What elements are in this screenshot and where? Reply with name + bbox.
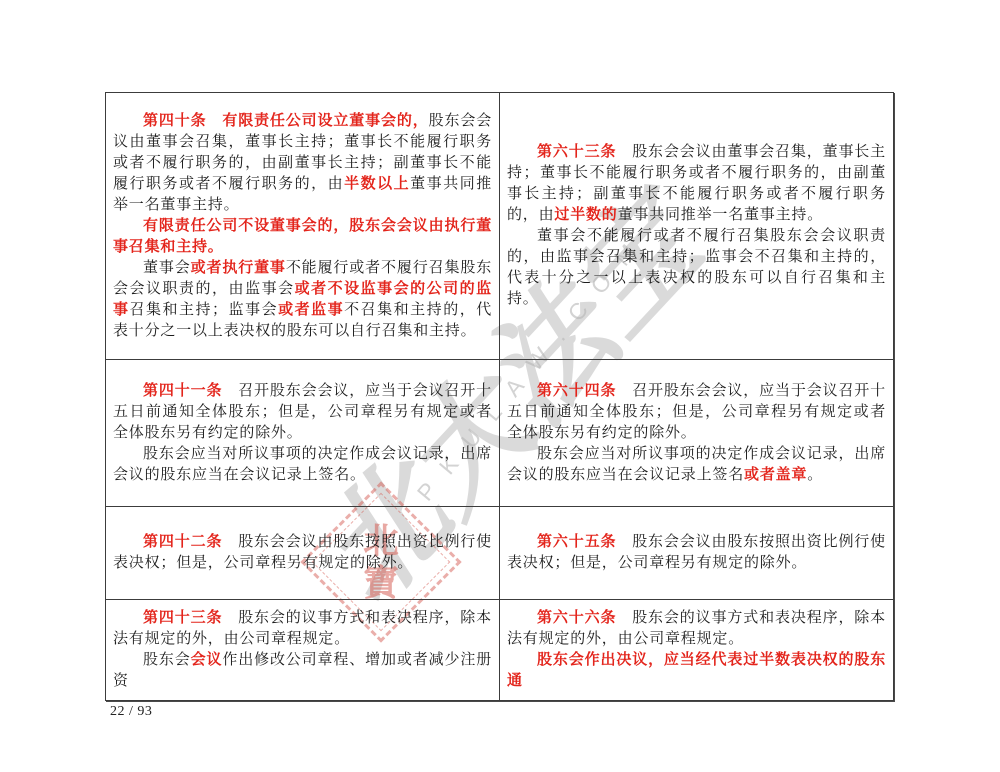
text-segment: 董事会不能履行或者不履行召集股东会会议职责的，由监事会召集和主持；监事会不召集和…	[507, 228, 886, 307]
article-cell-left: 第四十三条 股东会的议事方式和表决程序，除本法有规定的外，由公司章程规定。股东会…	[106, 600, 500, 701]
article-cell-right: 第六十六条 股东会的议事方式和表决程序，除本法有规定的外，由公司章程规定。股东会…	[500, 600, 894, 701]
revised-text-segment: 或者监事	[278, 302, 344, 318]
law-comparison-table: 第四十条 有限责任公司设立董事会的，股东会会议由董事会召集，董事长主持；董事长不…	[105, 92, 894, 701]
revised-text-segment: 会议	[191, 652, 223, 668]
article-cell-right: 第六十五条 股东会会议由股东按照出资比例行使表决权；但是，公司章程另有规定的除外…	[500, 507, 894, 600]
revised-text-segment: 第六十四条	[537, 383, 616, 399]
article-paragraph: 股东会应当对所议事项的决定作成会议记录，出席会议的股东应当在会议记录上签名。	[113, 444, 492, 486]
law-comparison-table-body: 第四十条 有限责任公司设立董事会的，股东会会议由董事会召集，董事长主持；董事长不…	[106, 93, 894, 701]
revised-text-segment: 第六十五条	[537, 534, 616, 550]
text-segment: 股东会应当对所议事项的决定作成会议记录，出席会议的股东应当在会议记录上签名	[507, 446, 886, 483]
revised-text-segment: 或者盖章	[744, 467, 807, 483]
revised-text-segment: 第四十二条	[143, 534, 222, 550]
revised-text-segment: 第四十条 有限责任公司设立董事会的，	[143, 113, 429, 129]
article-cell-right: 第六十三条 股东会会议由董事会召集，董事长主持；董事长不能履行职务或者不履行职务…	[500, 93, 894, 360]
revised-text-segment: 第四十一条	[143, 383, 222, 399]
article-paragraph: 第四十二条 股东会会议由股东按照出资比例行使表决权；但是，公司章程另有规定的除外…	[113, 532, 492, 574]
revised-text-segment: 或者执行董事	[191, 260, 286, 276]
article-paragraph: 第四十三条 股东会的议事方式和表决程序，除本法有规定的外，由公司章程规定。	[113, 608, 492, 650]
revised-text-segment: 半数以上	[344, 176, 410, 192]
revised-text-segment: 第四十三条	[143, 610, 222, 626]
table-row-2: 第四十一条 召开股东会会议，应当于会议召开十五日前通知全体股东；但是，公司章程另…	[106, 360, 894, 507]
table-row-1: 第四十条 有限责任公司设立董事会的，股东会会议由董事会召集，董事长主持；董事长不…	[106, 93, 894, 360]
article-cell-left: 第四十条 有限责任公司设立董事会的，股东会会议由董事会召集，董事长主持；董事长不…	[106, 93, 500, 360]
text-segment: 股东会	[143, 652, 191, 668]
revised-text-segment: 过半数的	[554, 207, 617, 223]
article-cell-left: 第四十一条 召开股东会会议，应当于会议召开十五日前通知全体股东；但是，公司章程另…	[106, 360, 500, 507]
article-paragraph: 第六十五条 股东会会议由股东按照出资比例行使表决权；但是，公司章程另有规定的除外…	[507, 532, 886, 574]
article-paragraph: 第六十三条 股东会会议由董事会召集，董事长主持；董事长不能履行职务或者不履行职务…	[507, 142, 886, 226]
revised-text-segment: 有限责任公司不设董事会的，股东会会议由执行董事召集和主持。	[113, 218, 492, 255]
text-segment: 董事会	[143, 260, 191, 276]
page-number: 22 / 93	[110, 704, 152, 720]
article-cell-right: 第六十四条 召开股东会会议，应当于会议召开十五日前通知全体股东；但是，公司章程另…	[500, 360, 894, 507]
article-paragraph: 有限责任公司不设董事会的，股东会会议由执行董事召集和主持。	[113, 216, 492, 258]
article-paragraph: 董事会不能履行或者不履行召集股东会会议职责的，由监事会召集和主持；监事会不召集和…	[507, 226, 886, 310]
article-paragraph: 第六十六条 股东会的议事方式和表决程序，除本法有规定的外，由公司章程规定。	[507, 608, 886, 650]
article-paragraph: 第四十条 有限责任公司设立董事会的，股东会会议由董事会召集，董事长主持；董事长不…	[113, 111, 492, 216]
table-row-4: 第四十三条 股东会的议事方式和表决程序，除本法有规定的外，由公司章程规定。股东会…	[106, 600, 894, 701]
article-paragraph: 董事会或者执行董事不能履行或者不履行召集股东会会议职责的，由监事会或者不设监事会…	[113, 258, 492, 342]
text-segment: 。	[807, 467, 823, 483]
article-paragraph: 第四十一条 召开股东会会议，应当于会议召开十五日前通知全体股东；但是，公司章程另…	[113, 381, 492, 444]
article-paragraph: 股东会作出决议，应当经代表过半数表决权的股东通	[507, 650, 886, 692]
article-paragraph: 股东会会议作出修改公司章程、增加或者减少注册资	[113, 650, 492, 692]
text-segment: 董事共同推举一名董事主持。	[618, 207, 823, 223]
revised-text-segment: 第六十六条	[537, 610, 616, 626]
article-paragraph: 第六十四条 召开股东会会议，应当于会议召开十五日前通知全体股东；但是，公司章程另…	[507, 381, 886, 444]
document-page: 北大法宝 PKULAW.COM 北 寶 第四十条 有限责任公司设立董事会的，股东…	[0, 0, 1000, 772]
table-row-3: 第四十二条 股东会会议由股东按照出资比例行使表决权；但是，公司章程另有规定的除外…	[106, 507, 894, 600]
text-segment: 召集和主持；监事会	[130, 302, 279, 318]
revised-text-segment: 第六十三条	[537, 144, 616, 160]
revised-text-segment: 股东会作出决议，应当经代表过半数表决权的股东通	[507, 652, 886, 689]
text-segment: 股东会应当对所议事项的决定作成会议记录，出席会议的股东应当在会议记录上签名。	[113, 446, 492, 483]
article-cell-left: 第四十二条 股东会会议由股东按照出资比例行使表决权；但是，公司章程另有规定的除外…	[106, 507, 500, 600]
article-paragraph: 股东会应当对所议事项的决定作成会议记录，出席会议的股东应当在会议记录上签名或者盖…	[507, 444, 886, 486]
